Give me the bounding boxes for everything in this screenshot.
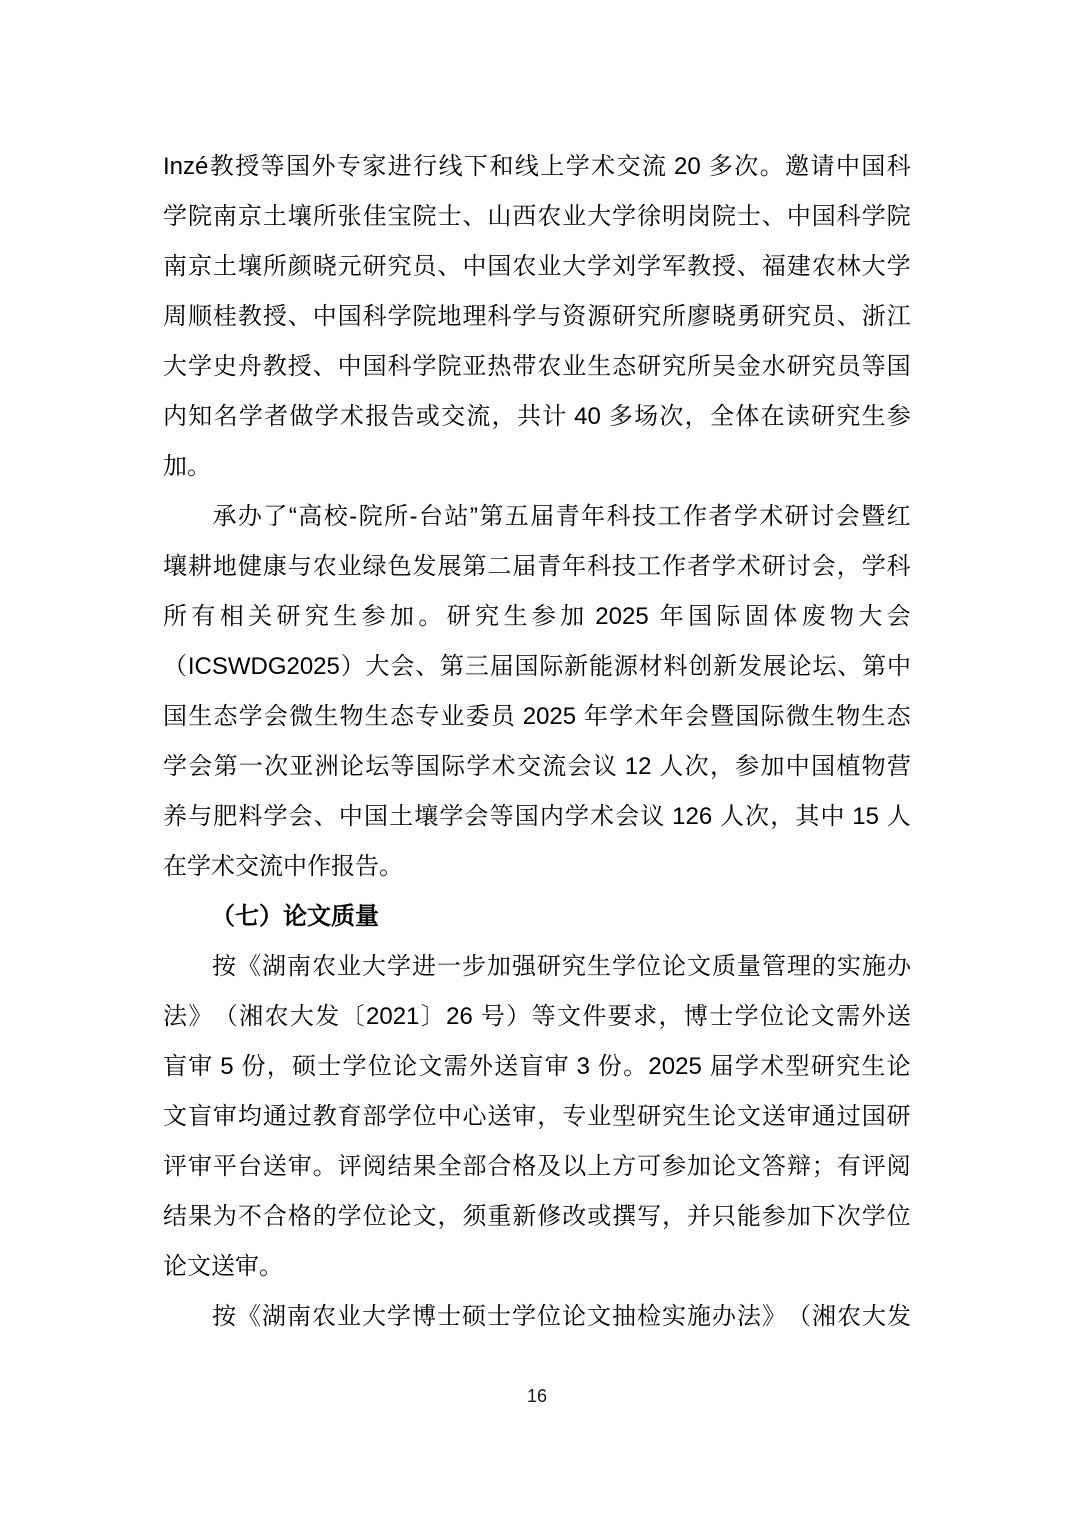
document-line: 按《湖南农业大学博士硕士学位论文抽检实施办法》（湘农大发 [163, 1292, 911, 1342]
document-line: 在学术交流中作报告。 [163, 842, 911, 892]
text-block: Inzé教授等国外专家进行线下和线上学术交流 20 多次。邀请中国科学院南京土壤… [163, 142, 911, 1342]
document-line: 养与肥料学会、中国土壤学会等国内学术会议 126 人次，其中 15 人 [163, 792, 911, 842]
document-line: 承办了“高校-院所-台站”第五届青年科技工作者学术研讨会暨红 [163, 492, 911, 542]
document-line: 盲审 5 份，硕士学位论文需外送盲审 3 份。2025 届学术型研究生论 [163, 1042, 911, 1092]
document-line: 壤耕地健康与农业绿色发展第二届青年科技工作者学术研讨会，学科 [163, 542, 911, 592]
document-line: 结果为不合格的学位论文，须重新修改或撰写，并只能参加下次学位 [163, 1192, 911, 1242]
document-line: 所有相关研究生参加。研究生参加 2025 年国际固体废物大会 [163, 592, 911, 642]
document-line: 文盲审均通过教育部学位中心送审，专业型研究生论文送审通过国研 [163, 1092, 911, 1142]
first-line-indent [163, 523, 211, 524]
document-line: 评审平台送审。评阅结果全部合格及以上方可参加论文答辩；有评阅 [163, 1142, 911, 1192]
document-line: 论文送审。 [163, 1242, 911, 1292]
document-line: 学院南京土壤所张佳宝院士、山西农业大学徐明岗院士、中国科学院 [163, 192, 911, 242]
document-line: 按《湖南农业大学进一步加强研究生学位论文质量管理的实施办 [163, 942, 911, 992]
document-line: 内知名学者做学术报告或交流，共计 40 多场次，全体在读研究生参 [163, 392, 911, 442]
document-line: 学会第一次亚洲论坛等国际学术交流会议 12 人次，参加中国植物营 [163, 742, 911, 792]
first-line-indent [163, 973, 211, 974]
document-line: 南京土壤所颜晓元研究员、中国农业大学刘学军教授、福建农林大学 [163, 242, 911, 292]
document-line: （ICSWDG2025）大会、第三届国际新能源材料创新发展论坛、第中 [163, 642, 911, 692]
first-line-indent [163, 923, 211, 924]
document-page: Inzé教授等国外专家进行线下和线上学术交流 20 多次。邀请中国科学院南京土壤… [0, 0, 1074, 1520]
document-line: 国生态学会微生物生态专业委员 2025 年学术年会暨国际微生物生态 [163, 692, 911, 742]
first-line-indent [163, 1323, 211, 1324]
document-line: 周顺桂教授、中国科学院地理科学与资源研究所廖晓勇研究员、浙江 [163, 292, 911, 342]
document-line: Inzé教授等国外专家进行线下和线上学术交流 20 多次。邀请中国科 [163, 142, 911, 192]
document-line: 加。 [163, 442, 911, 492]
page-number: 16 [0, 1384, 1074, 1408]
document-line: 法》（湘农大发〔2021〕26 号）等文件要求，博士学位论文需外送 [163, 992, 911, 1042]
section-heading: （七）论文质量 [163, 892, 911, 942]
document-line: 大学史舟教授、中国科学院亚热带农业生态研究所吴金水研究员等国 [163, 342, 911, 392]
